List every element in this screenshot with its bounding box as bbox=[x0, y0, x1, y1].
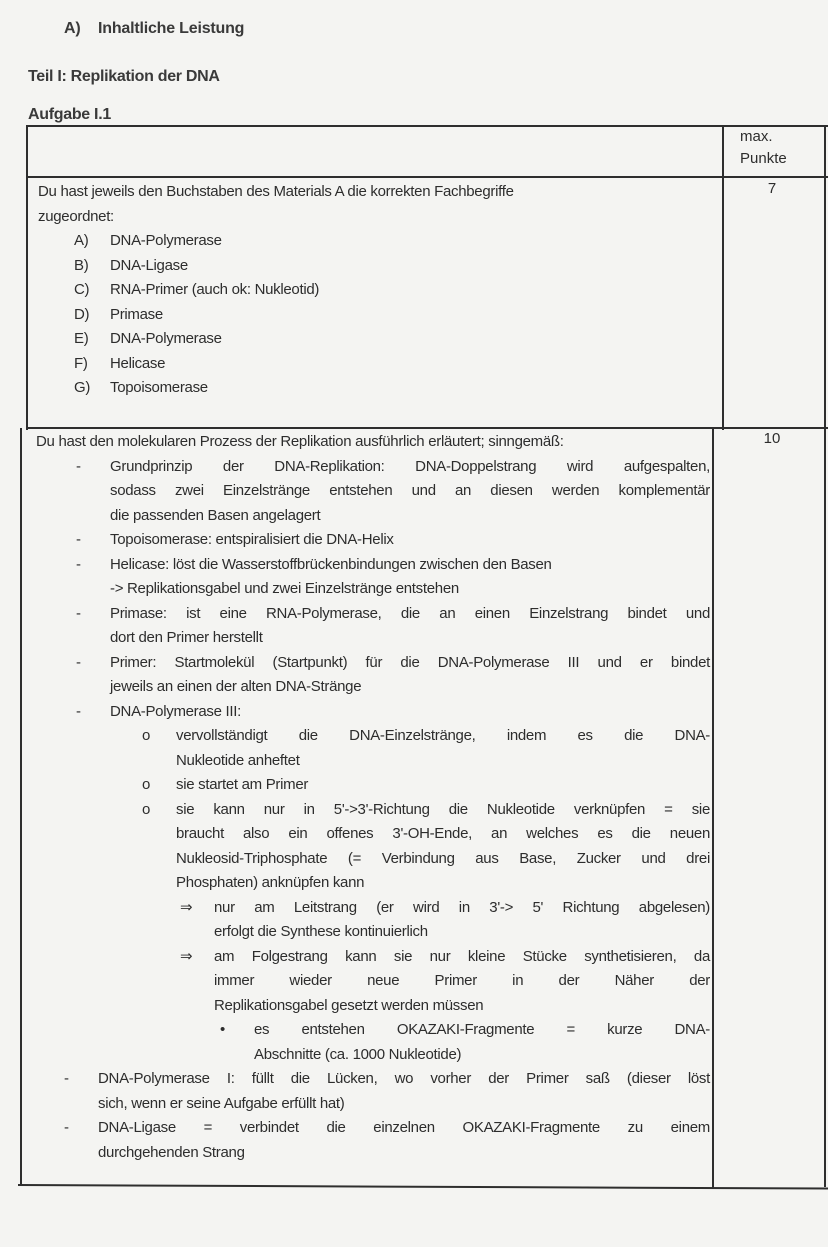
table-row-divider bbox=[26, 176, 828, 178]
explanation-line: dort den Primer herstellt bbox=[36, 626, 710, 651]
table-column-divider bbox=[722, 125, 724, 430]
explanation-text: Grundprinzip der DNA-Replikation: DNA-Do… bbox=[110, 455, 710, 480]
explanation-text: -> Replikationsgabel und zwei Einzelsträ… bbox=[110, 577, 710, 602]
explanation-line: jeweils an einen der alten DNA-Stränge bbox=[36, 675, 710, 700]
table-border-top bbox=[26, 125, 828, 127]
row1-intro-line1: Du hast jeweils den Buchstaben des Mater… bbox=[38, 180, 714, 205]
table-row-divider bbox=[26, 427, 828, 429]
explanation-text: am Folgestrang kann sie nur kleine Stück… bbox=[214, 945, 710, 970]
dash-bullet-icon: - bbox=[76, 455, 81, 480]
explanation-text: Nukleosid-Triphosphate (= Verbindung aus… bbox=[176, 847, 710, 872]
task-title: Aufgabe I.1 bbox=[28, 106, 111, 124]
explanation-text: DNA-Polymerase III: bbox=[110, 700, 710, 725]
term-item: F)Helicase bbox=[38, 352, 714, 377]
row1-intro-line2: zugeordnet: bbox=[38, 205, 714, 230]
circle-bullet-icon: o bbox=[142, 798, 150, 823]
document-page: A)Inhaltliche Leistung Teil I: Replikati… bbox=[0, 0, 828, 1247]
circle-bullet-icon: o bbox=[142, 773, 150, 798]
term-letter: D) bbox=[74, 303, 89, 328]
dash-bullet-icon: - bbox=[64, 1067, 69, 1092]
explanation-text: Topoisomerase: entspiralisiert die DNA-H… bbox=[110, 528, 710, 553]
explanation-text: immer wieder neue Primer in der Näher de… bbox=[214, 969, 710, 994]
explanation-line: Nukleosid-Triphosphate (= Verbindung aus… bbox=[36, 847, 710, 872]
explanation-line: sodass zwei Einzelstränge entstehen und … bbox=[36, 479, 710, 504]
explanation-line: osie startet am Primer bbox=[36, 773, 710, 798]
explanation-line: Abschnitte (ca. 1000 Nukleotide) bbox=[36, 1043, 710, 1068]
row1-content: Du hast jeweils den Buchstaben des Mater… bbox=[38, 180, 714, 401]
dash-bullet-icon: - bbox=[76, 528, 81, 553]
explanation-text: Nukleotide anheftet bbox=[176, 749, 710, 774]
term-letter: C) bbox=[74, 278, 89, 303]
circle-bullet-icon: o bbox=[142, 724, 150, 749]
term-item: A)DNA-Polymerase bbox=[38, 229, 714, 254]
explanation-line: -> Replikationsgabel und zwei Einzelsträ… bbox=[36, 577, 710, 602]
explanation-text: braucht also ein offenes 3'-OH-Ende, an … bbox=[176, 822, 710, 847]
explanation-line: braucht also ein offenes 3'-OH-Ende, an … bbox=[36, 822, 710, 847]
term-list: A)DNA-PolymeraseB)DNA-LigaseC)RNA-Primer… bbox=[38, 229, 714, 401]
explanation-line: -DNA-Ligase = verbindet die einzelnen OK… bbox=[30, 1116, 710, 1141]
term-letter: E) bbox=[74, 327, 88, 352]
term-text: DNA-Polymerase bbox=[110, 232, 222, 249]
explanation-line: -DNA-Polymerase I: füllt die Lücken, wo … bbox=[30, 1067, 710, 1092]
explanation-text: jeweils an einen der alten DNA-Stränge bbox=[110, 675, 710, 700]
row2-intro: Du hast den molekularen Prozess der Repl… bbox=[36, 430, 710, 455]
explanation-line: -Helicase: löst die Wasserstoffbrückenbi… bbox=[36, 553, 710, 578]
term-text: DNA-Ligase bbox=[110, 257, 188, 274]
table-border-right bbox=[824, 125, 826, 1187]
explanation-text: nur am Leitstrang (er wird in 3'-> 5' Ri… bbox=[214, 896, 710, 921]
explanation-line: -Topoisomerase: entspiralisiert die DNA-… bbox=[36, 528, 710, 553]
explanation-line: ⇒nur am Leitstrang (er wird in 3'-> 5' R… bbox=[36, 896, 710, 921]
explanation-text: Helicase: löst die Wasserstoffbrückenbin… bbox=[110, 553, 710, 578]
term-text: RNA-Primer (auch ok: Nukleotid) bbox=[110, 281, 319, 298]
term-letter: F) bbox=[74, 352, 88, 377]
explanation-text: DNA-Polymerase I: füllt die Lücken, wo v… bbox=[98, 1067, 710, 1092]
explanation-text: es entstehen OKAZAKI-Fragmente = kurze D… bbox=[254, 1018, 710, 1043]
explanation-line: Phosphaten) anknüpfen kann bbox=[36, 871, 710, 896]
explanation-line: ⇒am Folgestrang kann sie nur kleine Stüc… bbox=[36, 945, 710, 970]
explanation-line: immer wieder neue Primer in der Näher de… bbox=[36, 969, 710, 994]
term-item: B)DNA-Ligase bbox=[38, 254, 714, 279]
term-letter: A) bbox=[74, 229, 88, 254]
explanation-text: sich, wenn er seine Aufgabe erfüllt hat) bbox=[98, 1092, 710, 1117]
explanation-text: Replikationsgabel gesetzt werden müssen bbox=[214, 994, 710, 1019]
explanation-line: -Primer: Startmolekül (Startpunkt) für d… bbox=[36, 651, 710, 676]
term-item: D)Primase bbox=[38, 303, 714, 328]
dash-bullet-icon: - bbox=[76, 602, 81, 627]
section-heading: A)Inhaltliche Leistung bbox=[64, 20, 244, 38]
explanation-text: Primase: ist eine RNA-Polymerase, die an… bbox=[110, 602, 710, 627]
part-title: Teil I: Replikation der DNA bbox=[28, 68, 220, 86]
dash-bullet-icon: - bbox=[76, 553, 81, 578]
explanation-text: sodass zwei Einzelstränge entstehen und … bbox=[110, 479, 710, 504]
explanation-text: dort den Primer herstellt bbox=[110, 626, 710, 651]
term-text: DNA-Polymerase bbox=[110, 330, 222, 347]
explanation-line: -Primase: ist eine RNA-Polymerase, die a… bbox=[36, 602, 710, 627]
arrow-icon: ⇒ bbox=[180, 896, 192, 921]
explanation-text: durchgehenden Strang bbox=[98, 1141, 710, 1166]
explanation-text: sie startet am Primer bbox=[176, 773, 710, 798]
table-border-bottom bbox=[18, 1184, 828, 1189]
term-letter: B) bbox=[74, 254, 88, 279]
row2-content: Du hast den molekularen Prozess der Repl… bbox=[36, 430, 710, 1165]
section-label: A) bbox=[64, 20, 98, 38]
row1-points: 7 bbox=[717, 180, 827, 197]
explanation-text: Abschnitte (ca. 1000 Nukleotide) bbox=[254, 1043, 710, 1068]
row2-points: 10 bbox=[717, 430, 827, 447]
explanation-text: Primer: Startmolekül (Startpunkt) für di… bbox=[110, 651, 710, 676]
table-border-left bbox=[26, 125, 28, 430]
term-text: Helicase bbox=[110, 355, 165, 372]
explanation-text: die passenden Basen angelagert bbox=[110, 504, 710, 529]
dash-bullet-icon: - bbox=[76, 700, 81, 725]
explanation-text: sie kann nur in 5'->3'-Richtung die Nukl… bbox=[176, 798, 710, 823]
explanation-line: -DNA-Polymerase III: bbox=[36, 700, 710, 725]
term-item: C)RNA-Primer (auch ok: Nukleotid) bbox=[38, 278, 714, 303]
explanation-line: durchgehenden Strang bbox=[30, 1141, 710, 1166]
explanation-line: die passenden Basen angelagert bbox=[36, 504, 710, 529]
explanation-line: sich, wenn er seine Aufgabe erfüllt hat) bbox=[30, 1092, 710, 1117]
term-letter: G) bbox=[74, 376, 90, 401]
bullet-icon: • bbox=[220, 1018, 225, 1043]
term-item: E)DNA-Polymerase bbox=[38, 327, 714, 352]
dash-bullet-icon: - bbox=[64, 1116, 69, 1141]
term-text: Primase bbox=[110, 306, 163, 323]
explanation-text: Phosphaten) anknüpfen kann bbox=[176, 871, 710, 896]
explanation-text: DNA-Ligase = verbindet die einzelnen OKA… bbox=[98, 1116, 710, 1141]
arrow-icon: ⇒ bbox=[180, 945, 192, 970]
explanation-text: erfolgt die Synthese kontinuierlich bbox=[214, 920, 710, 945]
term-text: Topoisomerase bbox=[110, 379, 208, 396]
section-title: Inhaltliche Leistung bbox=[98, 20, 244, 37]
explanation-line: overvollständigt die DNA-Einzelstränge, … bbox=[36, 724, 710, 749]
table-column-divider bbox=[712, 428, 714, 1188]
explanation-line: Replikationsgabel gesetzt werden müssen bbox=[36, 994, 710, 1019]
explanation-list: -Grundprinzip der DNA-Replikation: DNA-D… bbox=[36, 455, 710, 1166]
term-item: G)Topoisomerase bbox=[38, 376, 714, 401]
dash-bullet-icon: - bbox=[76, 651, 81, 676]
explanation-line: osie kann nur in 5'->3'-Richtung die Nuk… bbox=[36, 798, 710, 823]
explanation-text: vervollständigt die DNA-Einzelstränge, i… bbox=[176, 724, 710, 749]
explanation-line: -Grundprinzip der DNA-Replikation: DNA-D… bbox=[36, 455, 710, 480]
explanation-line: erfolgt die Synthese kontinuierlich bbox=[36, 920, 710, 945]
table-border-left bbox=[20, 428, 22, 1185]
explanation-line: Nukleotide anheftet bbox=[36, 749, 710, 774]
explanation-line: •es entstehen OKAZAKI-Fragmente = kurze … bbox=[36, 1018, 710, 1043]
points-header: max. Punkte bbox=[740, 126, 787, 170]
